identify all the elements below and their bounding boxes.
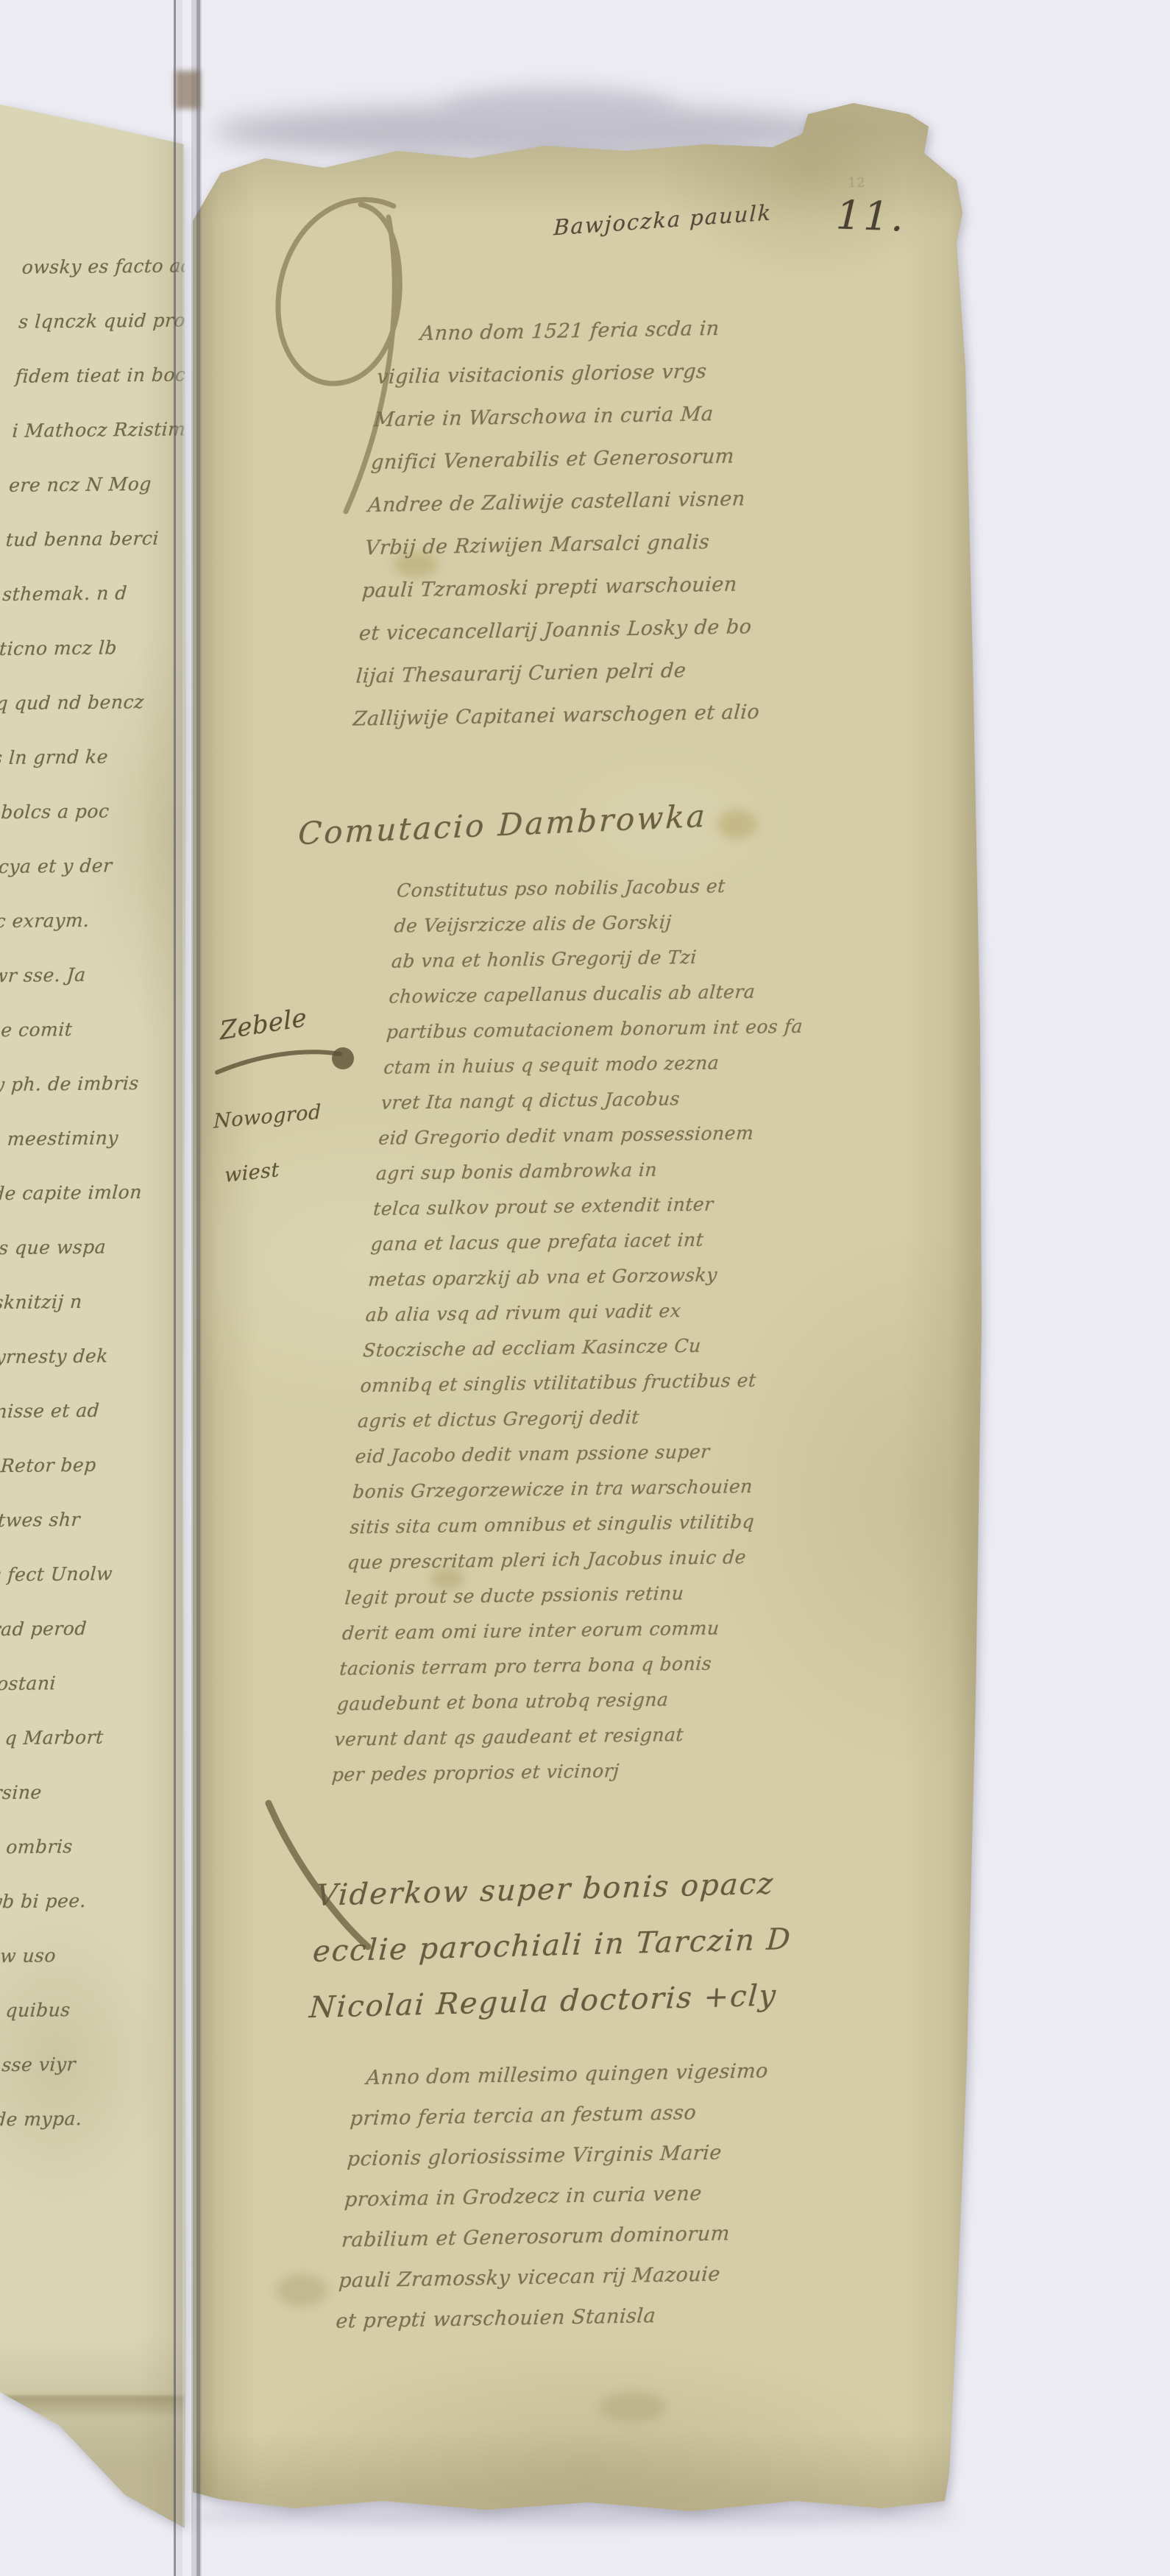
paper-stain	[276, 2274, 327, 2307]
pencil-mark: 12	[848, 175, 865, 191]
margin-note-underline-flourish	[213, 1039, 368, 1091]
paper-stain	[600, 2392, 666, 2421]
page-number: 11.	[835, 191, 907, 240]
paper-stain	[717, 810, 757, 839]
glass-strap-tint	[175, 71, 200, 109]
entry-1-text: Anno dom 1521 feria scda in vigilia visi…	[352, 304, 912, 740]
entry-3-text: Anno dom millesimo quingen vigesimo prim…	[335, 2048, 899, 2341]
glass-strap	[174, 0, 202, 2576]
paper-crease	[1092, 280, 1113, 942]
manuscript-photo: owsky es facto ad s lqnczk quid pro fide…	[0, 0, 1170, 2576]
entry-3-heading: Viderkow super bonis opacz ecclie paroch…	[308, 1853, 877, 2036]
entry-2-text: Constitutus pso nobilis Jacobus et de Ve…	[330, 866, 943, 1793]
